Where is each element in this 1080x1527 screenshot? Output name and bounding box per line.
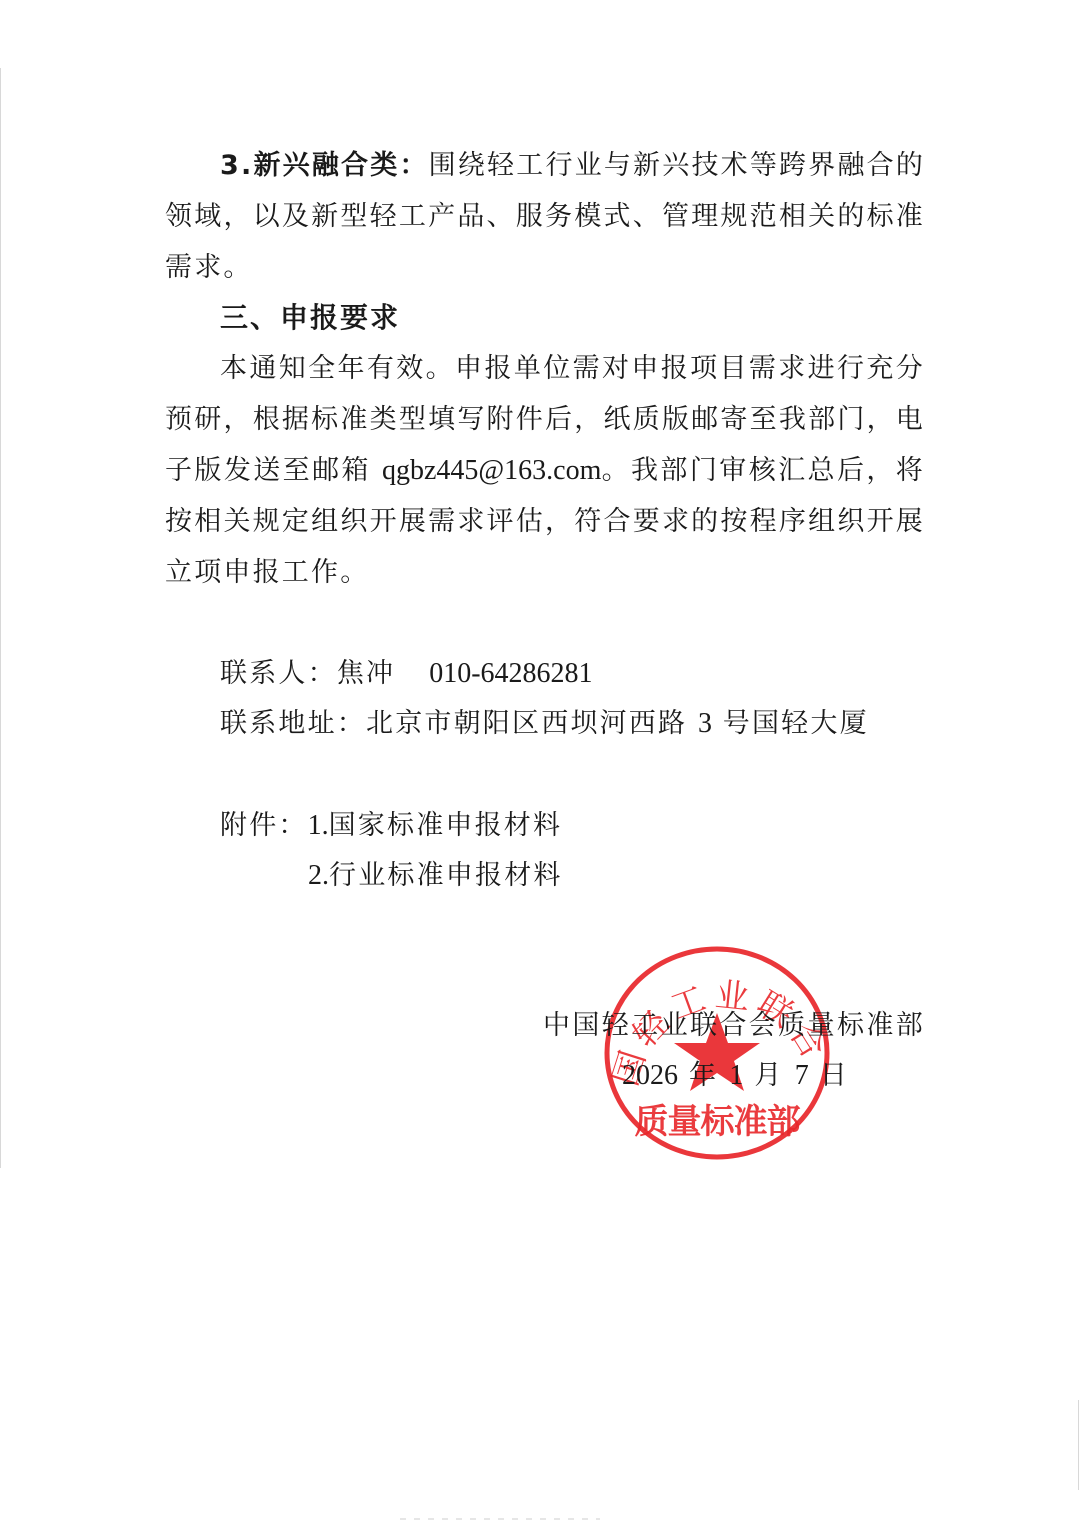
date-day: 7 [795,1060,809,1091]
para-line3-pre: 子版发送至邮箱 [165,455,382,486]
para-line3-post: 。我部门审核汇总后，将 [601,455,925,486]
attachment-1-title: 国家标准申报材料 [329,810,563,841]
attachment-2-title: 行业标准申报材料 [329,860,563,891]
para-line3: 子版发送至邮箱 qgbz445@163.com。我部门审核汇总后，将 [165,453,925,489]
date-month: 1 [729,1060,743,1091]
scan-edge-right [1078,1400,1079,1490]
contact-person-label: 联系人： [220,658,337,689]
contact-person-name: 焦冲 [337,658,395,689]
contact-address-pre: 北京市朝阳区西坝河西路 [366,708,698,739]
item3-line3: 需求。 [165,250,925,286]
item3-line2: 领域，以及新型轻工产品、服务模式、管理规范相关的标准 [165,199,925,235]
attachment-1-num: 1. [308,810,329,841]
document-page: 3.新兴融合类：围绕轻工行业与新兴技术等跨界融合的 领域，以及新型轻工产品、服务… [0,0,1080,1527]
para-line2: 预研，根据标准类型填写附件后，纸质版邮寄至我部门，电 [165,402,925,438]
contact-address-num: 3 [698,708,712,739]
date-year: 2026 [622,1060,678,1091]
official-seal: 国轻工业联合 质量标准部 [597,943,837,1165]
svg-text:质量标准部: 质量标准部 [635,1102,801,1142]
attachment-2-num: 2. [308,860,329,891]
signature-date: 2026 年 1 月 7 日 [622,1058,849,1094]
signature-organization: 中国轻工业联合会质量标准部 [543,1008,925,1044]
scan-edge-left [0,68,1,1168]
section-title: 三、申报要求 [220,300,925,336]
para-line4: 按相关规定组织开展需求评估，符合要求的按程序组织开展 [165,504,925,540]
scan-artifact [400,1518,600,1520]
para-line1: 本通知全年有效。申报单位需对申报项目需求进行充分 [220,351,925,387]
date-month-unit: 月 [743,1060,794,1091]
contact-address-label: 联系地址： [220,708,366,739]
item3-label: 3.新兴融合类： [220,150,429,181]
contact-phone: 010-64286281 [429,658,592,689]
item3-text: 围绕轻工行业与新兴技术等跨界融合的 [429,150,925,181]
para-line5: 立项申报工作。 [165,555,925,591]
date-day-unit: 日 [809,1060,849,1091]
date-year-unit: 年 [678,1060,729,1091]
attachment-2: 2.行业标准申报材料 [308,858,1068,894]
contact-address-post: 号国轻大厦 [712,708,869,739]
item3-line1: 3.新兴融合类：围绕轻工行业与新兴技术等跨界融合的 [220,148,925,184]
attachment-1: 附件：1.国家标准申报材料 [220,808,925,844]
email-link[interactable]: qgbz445@163.com [382,455,601,486]
contact-address: 联系地址：北京市朝阳区西坝河西路 3 号国轻大厦 [220,706,925,742]
attachments-label: 附件： [220,810,308,841]
contact-person: 联系人：焦冲010-64286281 [220,656,925,692]
